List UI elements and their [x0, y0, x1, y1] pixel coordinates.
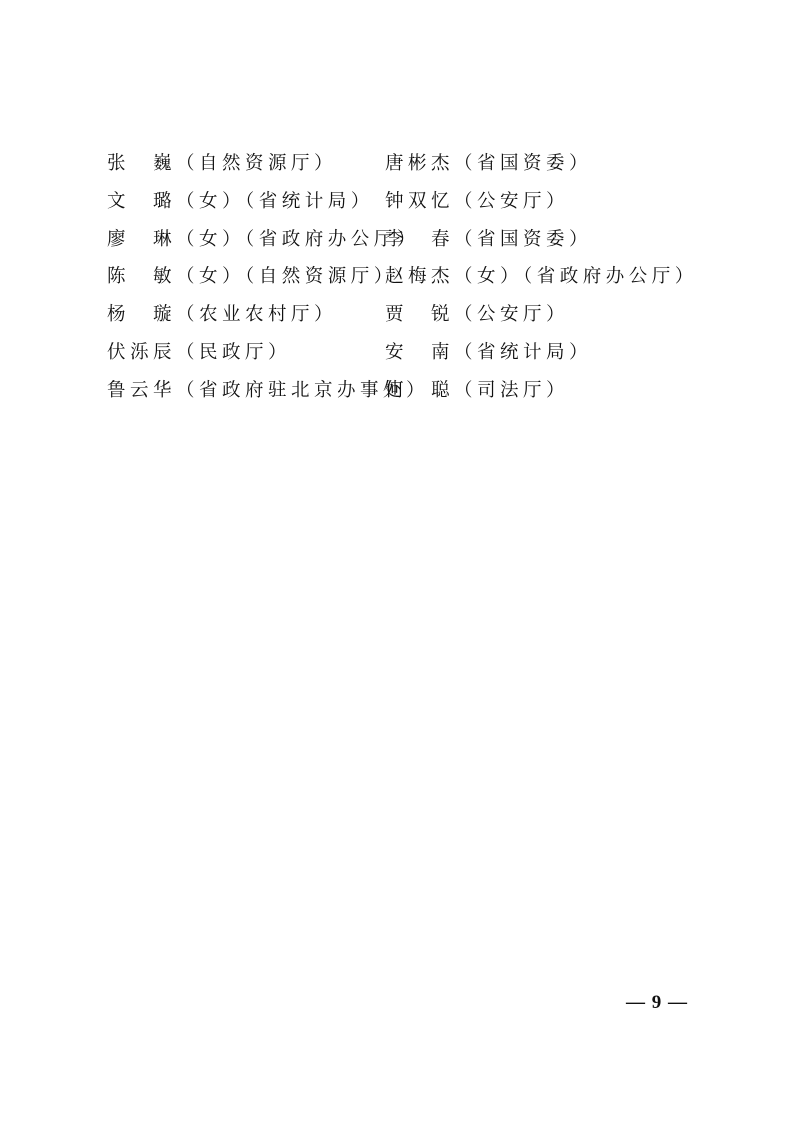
list-row: 鲁云华（省政府驻北京办事处） 何 聪（司法厅）	[107, 372, 707, 410]
name-entry-right: 钟双忆（公安厅）	[385, 183, 569, 221]
name-entry-left: 伏泺辰（民政厅）	[107, 334, 291, 372]
name-list: 张 巍（自然资源厅） 唐彬杰（省国资委） 文 璐（女）（省统计局） 钟双忆（公安…	[107, 145, 707, 410]
list-row: 杨 璇（农业农村厅） 贾 锐（公安厅）	[107, 296, 707, 334]
name-entry-right: 赵梅杰（女）（省政府办公厅）	[385, 258, 698, 296]
list-row: 伏泺辰（民政厅） 安 南（省统计局）	[107, 334, 707, 372]
list-row: 陈 敏（女）（自然资源厅） 赵梅杰（女）（省政府办公厅）	[107, 258, 707, 296]
page-number: — 9 —	[626, 992, 688, 1014]
list-row: 文 璐（女）（省统计局） 钟双忆（公安厅）	[107, 183, 707, 221]
name-entry-right: 李 春（省国资委）	[385, 221, 592, 259]
name-entry-left: 张 巍（自然资源厅）	[107, 145, 337, 183]
name-entry-right: 贾 锐（公安厅）	[385, 296, 569, 334]
document-page: 张 巍（自然资源厅） 唐彬杰（省国资委） 文 璐（女）（省统计局） 钟双忆（公安…	[0, 0, 794, 1123]
list-row: 廖 琳（女）（省政府办公厅） 李 春（省国资委）	[107, 221, 707, 259]
name-entry-left: 鲁云华（省政府驻北京办事处）	[107, 372, 429, 410]
name-entry-left: 陈 敏（女）（自然资源厅）	[107, 258, 397, 296]
name-entry-left: 杨 璇（农业农村厅）	[107, 296, 337, 334]
name-entry-left: 文 璐（女）（省统计局）	[107, 183, 374, 221]
name-entry-left: 廖 琳（女）（省政府办公厅）	[107, 221, 420, 259]
name-entry-right: 何 聪（司法厅）	[385, 372, 569, 410]
name-entry-right: 唐彬杰（省国资委）	[385, 145, 592, 183]
name-entry-right: 安 南（省统计局）	[385, 334, 592, 372]
list-row: 张 巍（自然资源厅） 唐彬杰（省国资委）	[107, 145, 707, 183]
